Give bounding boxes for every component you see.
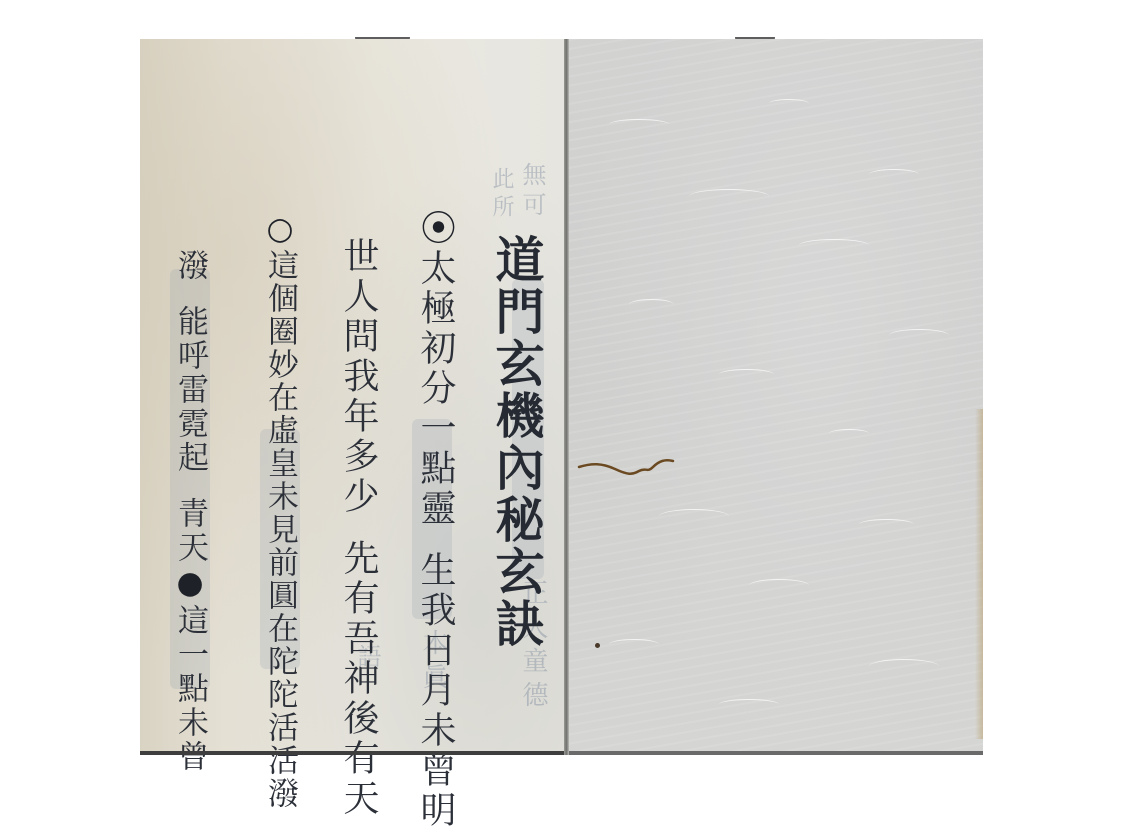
filled-dot-marker-icon: ● (172, 565, 208, 604)
paper-fiber (719, 369, 774, 380)
empty-circle-marker-icon: ○ (262, 211, 298, 249)
paper-fiber (719, 699, 779, 710)
circled-dot-marker-icon: ⦿ (415, 209, 456, 249)
paper-fiber (629, 299, 674, 310)
verse-line: 生我日月未曾明 (415, 551, 456, 793)
edge-stain (975, 409, 983, 739)
verse-column-3: ○這個圈妙在虛皇未見前圓在陀陀活活潑 (264, 211, 295, 793)
verse-line: 這一點未曾 (172, 604, 208, 774)
paper-fiber (799, 239, 869, 252)
verse-column-2: 世人問我年多少先有吾神後有天 (340, 237, 376, 793)
paper-fiber (869, 659, 939, 674)
paper-fiber (659, 509, 729, 524)
verse-line: 世人問我年多少 (338, 237, 379, 517)
verse-line: 潑 (172, 249, 208, 283)
verse-line: 能呼雷霓起 (172, 305, 208, 475)
paper-fiber (869, 169, 919, 180)
verse-column-4: 潑能呼雷霓起青天●這一點未曾 (174, 249, 205, 774)
paper-tear-crack (577, 457, 677, 487)
manuscript-title: 道門玄機內秘玄訣 (492, 234, 541, 650)
verse-column-1: ⦿太極初分一點靈生我日月未曾明 (417, 209, 453, 793)
bleed-through-text: 無可 (520, 162, 544, 222)
verse-line: 這個圈妙在虛皇未見前圓在陀陀活活潑 (262, 249, 298, 793)
bleed-through-text: 此所 (490, 167, 512, 223)
paper-fiber (689, 189, 769, 204)
paper-fiber (749, 579, 809, 592)
paper-fiber (769, 99, 809, 108)
paper-fiber (889, 329, 949, 342)
ink-speck (595, 643, 600, 648)
paper-fiber (859, 519, 914, 530)
verse-line: 太極初分一點靈 (415, 249, 456, 529)
left-page: 無可 此所 正人童德 本眞 語 道門玄機內秘玄訣 ⦿太極初分一點靈生我日月未曾明… (140, 39, 564, 753)
paper-fiber (829, 429, 869, 438)
paper-fiber (609, 639, 659, 650)
manuscript-scan: 無可 此所 正人童德 本眞 語 道門玄機內秘玄訣 ⦿太極初分一點靈生我日月未曾明… (140, 39, 983, 755)
paper-fiber (609, 119, 669, 130)
page-shadow (140, 751, 564, 755)
right-page (569, 39, 983, 751)
verse-line: 青天 (172, 497, 208, 565)
